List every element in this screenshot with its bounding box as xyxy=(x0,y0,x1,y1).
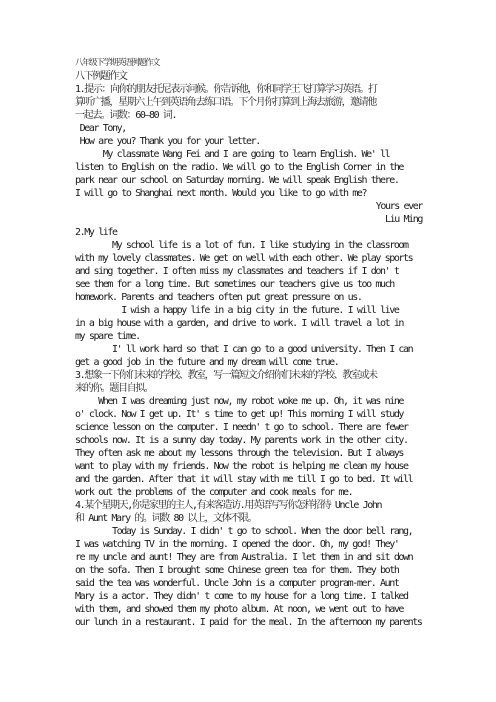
doc-line: and the garden. After that it will stay … xyxy=(75,473,422,486)
doc-line: 3.想象一下你们未来的学校、教室，写一篇短文介绍你们未来的学校、教室或未 xyxy=(75,369,422,382)
doc-line: and sing together. I often miss my class… xyxy=(75,265,422,278)
doc-line: work out the problems of the computer an… xyxy=(75,486,422,499)
doc-line: 八年级下学期英语例题作文 xyxy=(75,57,422,70)
doc-line: o' clock. Now I get up. It' s time to ge… xyxy=(75,408,422,421)
doc-line: see them for a long time. But sometimes … xyxy=(75,278,422,291)
doc-line: my spare time. xyxy=(75,330,422,343)
doc-line: They often ask me about my lessons throu… xyxy=(75,447,422,460)
doc-line: 八下例题作文 xyxy=(75,70,422,83)
doc-line: schools now. It is a sunny day today. My… xyxy=(75,434,422,447)
doc-line: get a good job in the future and my drea… xyxy=(75,356,422,369)
doc-line: 4.某个星期天,你是家里的主人,有来客造访.用英语写写你怎样招待 Uncle J… xyxy=(75,499,422,512)
doc-line: 来的你。题目自拟。 xyxy=(75,382,422,395)
doc-line: My school life is a lot of fun. I like s… xyxy=(75,239,422,252)
doc-line: 和 Aunt Mary 的。词数 80 以上，文体不限。 xyxy=(75,512,422,525)
doc-line: I' ll work hard so that I can go to a go… xyxy=(75,343,422,356)
doc-line: When I was dreaming just now, my robot w… xyxy=(75,395,422,408)
doc-line: 2.My life xyxy=(75,226,422,239)
doc-line: Liu Ming xyxy=(75,213,422,226)
document-text: 八年级下学期英语例题作文八下例题作文1.提示：向你的朋友托尼表示问候。你告诉他，… xyxy=(75,57,422,629)
doc-line: listen to English on the radio. We will … xyxy=(75,161,422,174)
doc-line: 算听广播，星期六上午到英语角去练口语。下个月你打算到上海去旅游，邀请他 xyxy=(75,96,422,109)
doc-line: I will go to Shanghai next month. Would … xyxy=(75,187,422,200)
doc-line: Yours ever xyxy=(75,200,422,213)
doc-line: on the sofa. Then I brought some Chinese… xyxy=(75,564,422,577)
doc-line: How are you? Thank you for your letter. xyxy=(75,135,422,148)
doc-line: homework. Parents and teachers often put… xyxy=(75,291,422,304)
doc-line: want to play with my friends. Now the ro… xyxy=(75,460,422,473)
doc-line: I wish a happy life in a big city in the… xyxy=(75,304,422,317)
doc-line: Dear Tony, xyxy=(75,122,422,135)
doc-line: Today is Sunday. I didn' t go to school.… xyxy=(75,525,422,538)
doc-line: 1.提示：向你的朋友托尼表示问候。你告诉他，你和同学王飞打算学习英语。打 xyxy=(75,83,422,96)
document-page: 八年级下学期英语例题作文八下例题作文1.提示：向你的朋友托尼表示问候。你告诉他，… xyxy=(0,0,496,702)
doc-line: Mary is a actor. They didn' t come to my… xyxy=(75,590,422,603)
doc-line: My classmate Wang Fei and I are going to… xyxy=(75,148,422,161)
doc-line: science lesson on the computer. I needn'… xyxy=(75,421,422,434)
doc-line: said the tea was wonderful. Uncle John i… xyxy=(75,577,422,590)
doc-line: 一起去。词数：60—80 词. xyxy=(75,109,422,122)
doc-line: park near our school on Saturday morning… xyxy=(75,174,422,187)
doc-line: I was watching TV in the morning. I open… xyxy=(75,538,422,551)
doc-line: re my uncle and aunt! They are from Aust… xyxy=(75,551,422,564)
doc-line: with them, and showed them my photo albu… xyxy=(75,603,422,616)
doc-line: with my lovely classmates. We get on wel… xyxy=(75,252,422,265)
doc-line: our lunch in a restaurant. I paid for th… xyxy=(75,616,422,629)
doc-line: in a big house with a garden, and drive … xyxy=(75,317,422,330)
